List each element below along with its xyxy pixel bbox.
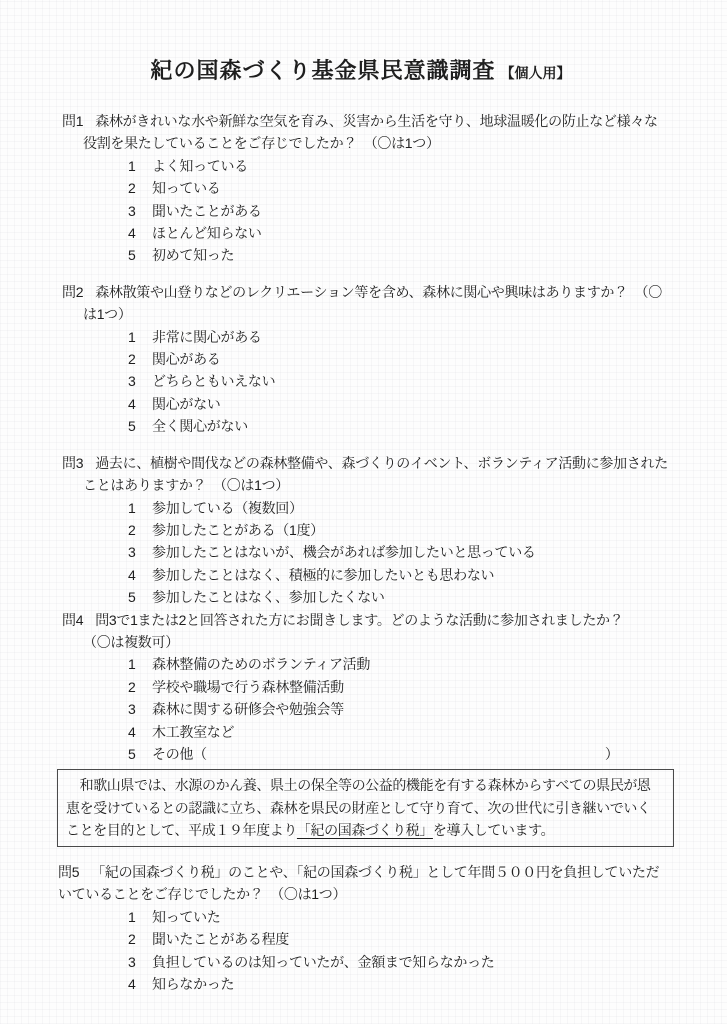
survey-page: 紀の国森づくり基金県民意識調査【個人用】 問1森林がきれいな水や新鮮な空気を育み… xyxy=(0,0,727,1024)
option-number: 4 xyxy=(128,393,152,415)
option-row: 3どちらともいえない xyxy=(128,370,719,392)
option-label: 参加したことがある（1度） xyxy=(152,522,324,538)
option-number: 2 xyxy=(128,177,152,199)
option-row: 1森林整備のためのボランティア活動 xyxy=(128,653,719,675)
option-label: 聞いたことがある xyxy=(152,203,262,219)
option-row: 4知らなかった xyxy=(128,973,719,995)
question-4: 問4問3で1または2と回答された方にお聞きします。どのような活動に参加されました… xyxy=(62,609,719,766)
option-number: 1 xyxy=(128,653,152,675)
option-label: 非常に関心がある xyxy=(152,329,262,345)
option-label: 関心がある xyxy=(152,351,221,367)
question-1-text-block: 問1森林がきれいな水や新鮮な空気を育み、災害から生活を守り、地球温暖化の防止など… xyxy=(62,110,719,155)
option-row: 3負担しているのは知っていたが、金額まで知らなかった xyxy=(128,951,719,973)
option-row: 2聞いたことがある程度 xyxy=(128,928,719,950)
option-close-paren: ） xyxy=(605,746,619,762)
question-2: 問2森林散策や山登りなどのレクリエーション等を含め、森林に関心や興味はありますか… xyxy=(62,281,719,438)
question-1: 問1森林がきれいな水や新鮮な空気を育み、災害から生活を守り、地球温暖化の防止など… xyxy=(62,110,719,267)
question-2-text-block: 問2森林散策や山登りなどのレクリエーション等を含め、森林に関心や興味はありますか… xyxy=(62,281,719,326)
option-label: 参加したことはないが、機会があれば参加したいと思っている xyxy=(152,544,536,560)
option-number: 2 xyxy=(128,928,152,950)
option-row: 4ほとんど知らない xyxy=(128,222,719,244)
notice-text-post: を導入しています。 xyxy=(433,822,554,838)
question-3-text: 過去に、植樹や間伐などの森林整備や、森づくりのイベント、ボランティア活動に参加さ… xyxy=(83,455,668,493)
option-number: 2 xyxy=(128,676,152,698)
option-label: 初めて知った xyxy=(152,247,234,263)
question-5-options: 1知っていた 2聞いたことがある程度 3負担しているのは知っていたが、金額まで知… xyxy=(62,906,719,996)
option-label: よく知っている xyxy=(152,158,248,174)
option-number: 4 xyxy=(128,564,152,586)
option-row: 1参加している（複数回） xyxy=(128,497,719,519)
option-row: 1よく知っている xyxy=(128,155,719,177)
option-row: 4木工教室など xyxy=(128,721,719,743)
option-number: 2 xyxy=(128,348,152,370)
question-4-label: 問4 xyxy=(62,612,83,628)
question-3-options: 1参加している（複数回） 2参加したことがある（1度） 3参加したことはないが、… xyxy=(62,497,719,609)
question-5: 問5「紀の国森づくり税」のことや、「紀の国森づくり税」として年間５００円を負担し… xyxy=(62,861,719,995)
option-row: 3森林に関する研修会や勉強会等 xyxy=(128,698,719,720)
question-2-text: 森林散策や山登りなどのレクリエーション等を含め、森林に関心や興味はありますか？ … xyxy=(83,284,662,322)
option-label: 参加している（複数回） xyxy=(152,500,303,516)
option-label: 知らなかった xyxy=(152,976,234,992)
question-3-label: 問3 xyxy=(62,455,83,471)
page-title: 紀の国森づくり基金県民意識調査【個人用】 xyxy=(62,56,659,88)
option-label: 聞いたことがある程度 xyxy=(152,931,289,947)
question-1-options: 1よく知っている 2知っている 3聞いたことがある 4ほとんど知らない 5初めて… xyxy=(62,155,719,267)
option-row: 2学校や職場で行う森林整備活動 xyxy=(128,676,719,698)
option-label: 知っていた xyxy=(152,909,221,925)
option-number: 1 xyxy=(128,497,152,519)
option-number: 4 xyxy=(128,973,152,995)
question-1-label: 問1 xyxy=(62,113,83,129)
question-4-text: 問3で1または2と回答された方にお聞きします。どのような活動に参加されましたか？… xyxy=(83,612,623,650)
option-label: 森林整備のためのボランティア活動 xyxy=(152,656,370,672)
option-number: 3 xyxy=(128,200,152,222)
question-4-options: 1森林整備のためのボランティア活動 2学校や職場で行う森林整備活動 3森林に関す… xyxy=(62,653,719,765)
option-label: 木工教室など xyxy=(152,724,234,740)
option-row: 4参加したことはなく、積極的に参加したいとも思わない xyxy=(128,564,719,586)
option-number: 3 xyxy=(128,951,152,973)
question-1-text: 森林がきれいな水や新鮮な空気を育み、災害から生活を守り、地球温暖化の防止など様々… xyxy=(83,113,658,151)
option-row: 3聞いたことがある xyxy=(128,200,719,222)
option-row: 3参加したことはないが、機会があれば参加したいと思っている xyxy=(128,541,719,563)
option-row-other: 5その他（） xyxy=(128,743,719,765)
option-row: 2参加したことがある（1度） xyxy=(128,519,719,541)
option-number: 4 xyxy=(128,222,152,244)
question-2-label: 問2 xyxy=(62,284,83,300)
option-number: 3 xyxy=(128,698,152,720)
option-label: 関心がない xyxy=(152,396,221,412)
option-label: どちらともいえない xyxy=(152,373,275,389)
option-label: 参加したことはなく、参加したくない xyxy=(152,589,385,605)
option-label: 森林に関する研修会や勉強会等 xyxy=(152,701,344,717)
option-number: 3 xyxy=(128,370,152,392)
option-number: 1 xyxy=(128,326,152,348)
option-row: 1知っていた xyxy=(128,906,719,928)
notice-tax-name-underlined: 「紀の国森づくり税」 xyxy=(297,822,433,838)
option-row: 5参加したことはなく、参加したくない xyxy=(128,586,719,608)
option-number: 5 xyxy=(128,244,152,266)
title-tag: 【個人用】 xyxy=(501,65,571,81)
option-row: 2関心がある xyxy=(128,348,719,370)
option-label: 学校や職場で行う森林整備活動 xyxy=(152,679,344,695)
option-label: 知っている xyxy=(152,180,221,196)
question-3: 問3過去に、植樹や間伐などの森林整備や、森づくりのイベント、ボランティア活動に参… xyxy=(62,452,719,609)
question-3-text-block: 問3過去に、植樹や間伐などの森林整備や、森づくりのイベント、ボランティア活動に参… xyxy=(62,452,719,497)
option-label: 負担しているのは知っていたが、金額まで知らなかった xyxy=(152,954,495,970)
option-row: 5全く関心がない xyxy=(128,415,719,437)
title-main: 紀の国森づくり基金県民意識調査 xyxy=(150,58,495,83)
question-2-options: 1非常に関心がある 2関心がある 3どちらともいえない 4関心がない 5全く関心… xyxy=(62,326,719,438)
option-label: その他（ xyxy=(152,746,207,762)
question-5-label: 問5 xyxy=(58,864,79,880)
option-row: 1非常に関心がある xyxy=(128,326,719,348)
notice-box: 和歌山県では、水源のかん養、県土の保全等の公益的機能を有する森林からすべての県民… xyxy=(57,769,674,847)
option-number: 5 xyxy=(128,415,152,437)
option-row: 2知っている xyxy=(128,177,719,199)
option-number: 5 xyxy=(128,586,152,608)
question-4-text-block: 問4問3で1または2と回答された方にお聞きします。どのような活動に参加されました… xyxy=(62,609,719,654)
option-number: 5 xyxy=(128,743,152,765)
question-5-text-block: 問5「紀の国森づくり税」のことや、「紀の国森づくり税」として年間５００円を負担し… xyxy=(58,861,719,906)
option-number: 1 xyxy=(128,906,152,928)
question-5-text: 「紀の国森づくり税」のことや、「紀の国森づくり税」として年間５００円を負担してい… xyxy=(58,864,659,902)
option-row: 5初めて知った xyxy=(128,244,719,266)
option-row: 4関心がない xyxy=(128,393,719,415)
option-label: 参加したことはなく、積極的に参加したいとも思わない xyxy=(152,567,494,583)
option-label: 全く関心がない xyxy=(152,418,248,434)
option-number: 4 xyxy=(128,721,152,743)
option-number: 2 xyxy=(128,519,152,541)
option-number: 1 xyxy=(128,155,152,177)
option-label: ほとんど知らない xyxy=(152,225,262,241)
option-number: 3 xyxy=(128,541,152,563)
